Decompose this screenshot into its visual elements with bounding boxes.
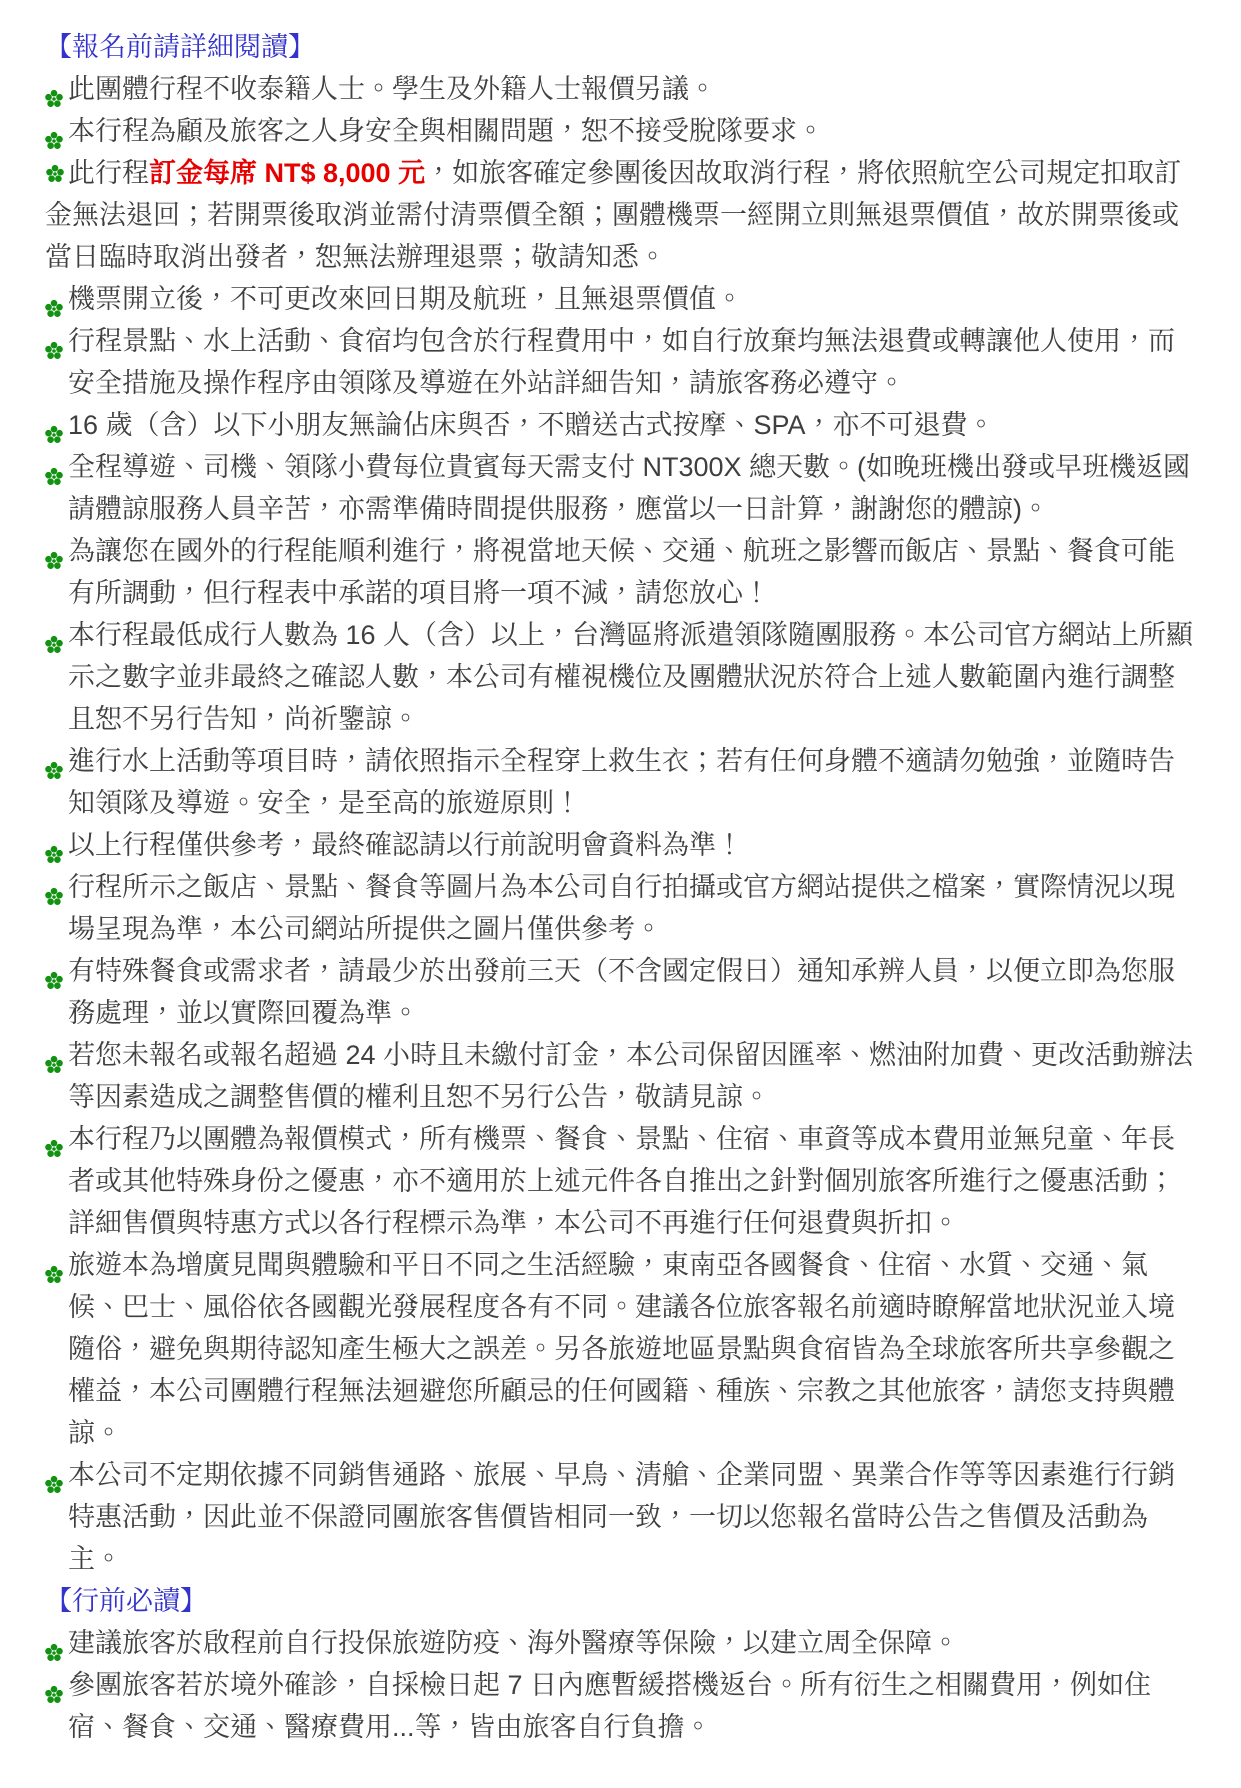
flower-bullet-icon [44,1129,64,1149]
flower-bullet-icon [44,751,64,771]
flower-bullet-icon [44,877,64,897]
section-title: 【行前必讀】 [45,1580,1199,1622]
notice-text: 此團體行程不收泰籍人士。學生及外籍人士報價另議。 [68,74,716,104]
flower-bullet-icon [44,457,64,477]
deposit-highlight: 訂金每席 NT$ 8,000 元 [149,158,425,188]
notice-item: 全程導遊、司機、領隊小費每位貴賓每天需支付 NT300X 總天數。(如晚班機出發… [45,446,1199,530]
flower-bullet-icon [44,289,64,309]
notice-text: 本行程乃以團體為報價模式，所有機票、餐食、景點、住宿、車資等成本費用並無兒童、年… [68,1124,1175,1238]
notice-text: 旅遊本為增廣見聞與體驗和平日不同之生活經驗，東南亞各國餐食、住宿、水質、交通、氣… [68,1250,1175,1448]
notice-text: 參團旅客若於境外確診，自採檢日起 7 日內應暫緩搭機返台。所有衍生之相關費用，例… [68,1670,1151,1742]
flower-bullet-icon [44,331,64,351]
notice-item: 行程所示之飯店、景點、餐食等圖片為本公司自行拍攝或官方網站提供之檔案，實際情況以… [45,866,1199,950]
flower-bullet-icon [44,835,64,855]
notice-text: 行程所示之飯店、景點、餐食等圖片為本公司自行拍攝或官方網站提供之檔案，實際情況以… [68,872,1175,944]
notice-document: 【報名前請詳細閱讀】此團體行程不收泰籍人士。學生及外籍人士報價另議。本行程為顧及… [0,0,1241,1788]
notice-item: 機票開立後，不可更改來回日期及航班，且無退票價值。 [45,278,1199,320]
flower-bullet-icon [44,1633,64,1653]
notice-item: 此行程訂金每席 NT$ 8,000 元，如旅客確定參團後因故取消行程，將依照航空… [45,152,1199,278]
flower-bullet-icon [44,1255,64,1275]
flower-bullet-icon [45,154,65,174]
flower-bullet-icon [44,625,64,645]
flower-bullet-icon [44,1675,64,1695]
notice-item: 建議旅客於啟程前自行投保旅遊防疫、海外醫療等保險，以建立周全保障。 [45,1622,1199,1664]
notice-text: 此行程 [68,158,149,188]
flower-bullet-icon [44,79,64,99]
notice-text: 全程導遊、司機、領隊小費每位貴賓每天需支付 NT300X 總天數。(如晚班機出發… [68,452,1190,524]
flower-bullet-icon [44,121,64,141]
notice-item: 行程景點、水上活動、食宿均包含於行程費用中，如自行放棄均無法退費或轉讓他人使用，… [45,320,1199,404]
flower-bullet-icon [44,1465,64,1485]
section-title: 【報名前請詳細閱讀】 [45,26,1199,68]
notice-text: 建議旅客於啟程前自行投保旅遊防疫、海外醫療等保險，以建立周全保障。 [68,1628,959,1658]
notice-item: 若您未報名或報名超過 24 小時且未繳付訂金，本公司保留因匯率、燃油附加費、更改… [45,1034,1199,1118]
notice-text: 本行程為顧及旅客之人身安全與相關問題，恕不接受脫隊要求。 [68,116,824,146]
notice-item: 本行程為顧及旅客之人身安全與相關問題，恕不接受脫隊要求。 [45,110,1199,152]
notice-text: 進行水上活動等項目時，請依照指示全程穿上救生衣；若有任何身體不適請勿勉強，並隨時… [68,746,1175,818]
notice-item: 本行程乃以團體為報價模式，所有機票、餐食、景點、住宿、車資等成本費用並無兒童、年… [45,1118,1199,1244]
notice-text: 本行程最低成行人數為 16 人（含）以上，台灣區將派遣領隊隨團服務。本公司官方網… [68,620,1193,734]
notice-text: 為讓您在國外的行程能順利進行，將視當地天候、交通、航班之影響而飯店、景點、餐食可… [68,536,1175,608]
flower-bullet-icon [44,1045,64,1065]
notice-item: 本行程最低成行人數為 16 人（含）以上，台灣區將派遣領隊隨團服務。本公司官方網… [45,614,1199,740]
notice-text: 機票開立後，不可更改來回日期及航班，且無退票價值。 [68,284,743,314]
notice-item: 此團體行程不收泰籍人士。學生及外籍人士報價另議。 [45,68,1199,110]
notice-text: 本公司不定期依據不同銷售通路、旅展、早鳥、清艙、企業同盟、異業合作等等因素進行行… [68,1460,1175,1574]
notice-text: 行程景點、水上活動、食宿均包含於行程費用中，如自行放棄均無法退費或轉讓他人使用，… [68,326,1175,398]
notice-item: 旅遊本為增廣見聞與體驗和平日不同之生活經驗，東南亞各國餐食、住宿、水質、交通、氣… [45,1244,1199,1454]
flower-bullet-icon [44,415,64,435]
notice-item: 有特殊餐食或需求者，請最少於出發前三天（不含國定假日）通知承辨人員，以便立即為您… [45,950,1199,1034]
notice-text: 若您未報名或報名超過 24 小時且未繳付訂金，本公司保留因匯率、燃油附加費、更改… [68,1040,1193,1112]
notice-item: 以上行程僅供參考，最終確認請以行前說明會資料為準！ [45,824,1199,866]
notice-text: 以上行程僅供參考，最終確認請以行前說明會資料為準！ [68,830,743,860]
notice-text: 16 歲（含）以下小朋友無論佔床與否，不贈送古式按摩、SPA，亦不可退費。 [68,410,995,440]
notice-item: 進行水上活動等項目時，請依照指示全程穿上救生衣；若有任何身體不適請勿勉強，並隨時… [45,740,1199,824]
notice-item: 為讓您在國外的行程能順利進行，將視當地天候、交通、航班之影響而飯店、景點、餐食可… [45,530,1199,614]
notice-text: 有特殊餐食或需求者，請最少於出發前三天（不含國定假日）通知承辨人員，以便立即為您… [68,956,1175,1028]
notice-item: 本公司不定期依據不同銷售通路、旅展、早鳥、清艙、企業同盟、異業合作等等因素進行行… [45,1454,1199,1580]
notice-item: 參團旅客若於境外確診，自採檢日起 7 日內應暫緩搭機返台。所有衍生之相關費用，例… [45,1664,1199,1748]
notice-item: 16 歲（含）以下小朋友無論佔床與否，不贈送古式按摩、SPA，亦不可退費。 [45,404,1199,446]
flower-bullet-icon [44,961,64,981]
flower-bullet-icon [44,541,64,561]
